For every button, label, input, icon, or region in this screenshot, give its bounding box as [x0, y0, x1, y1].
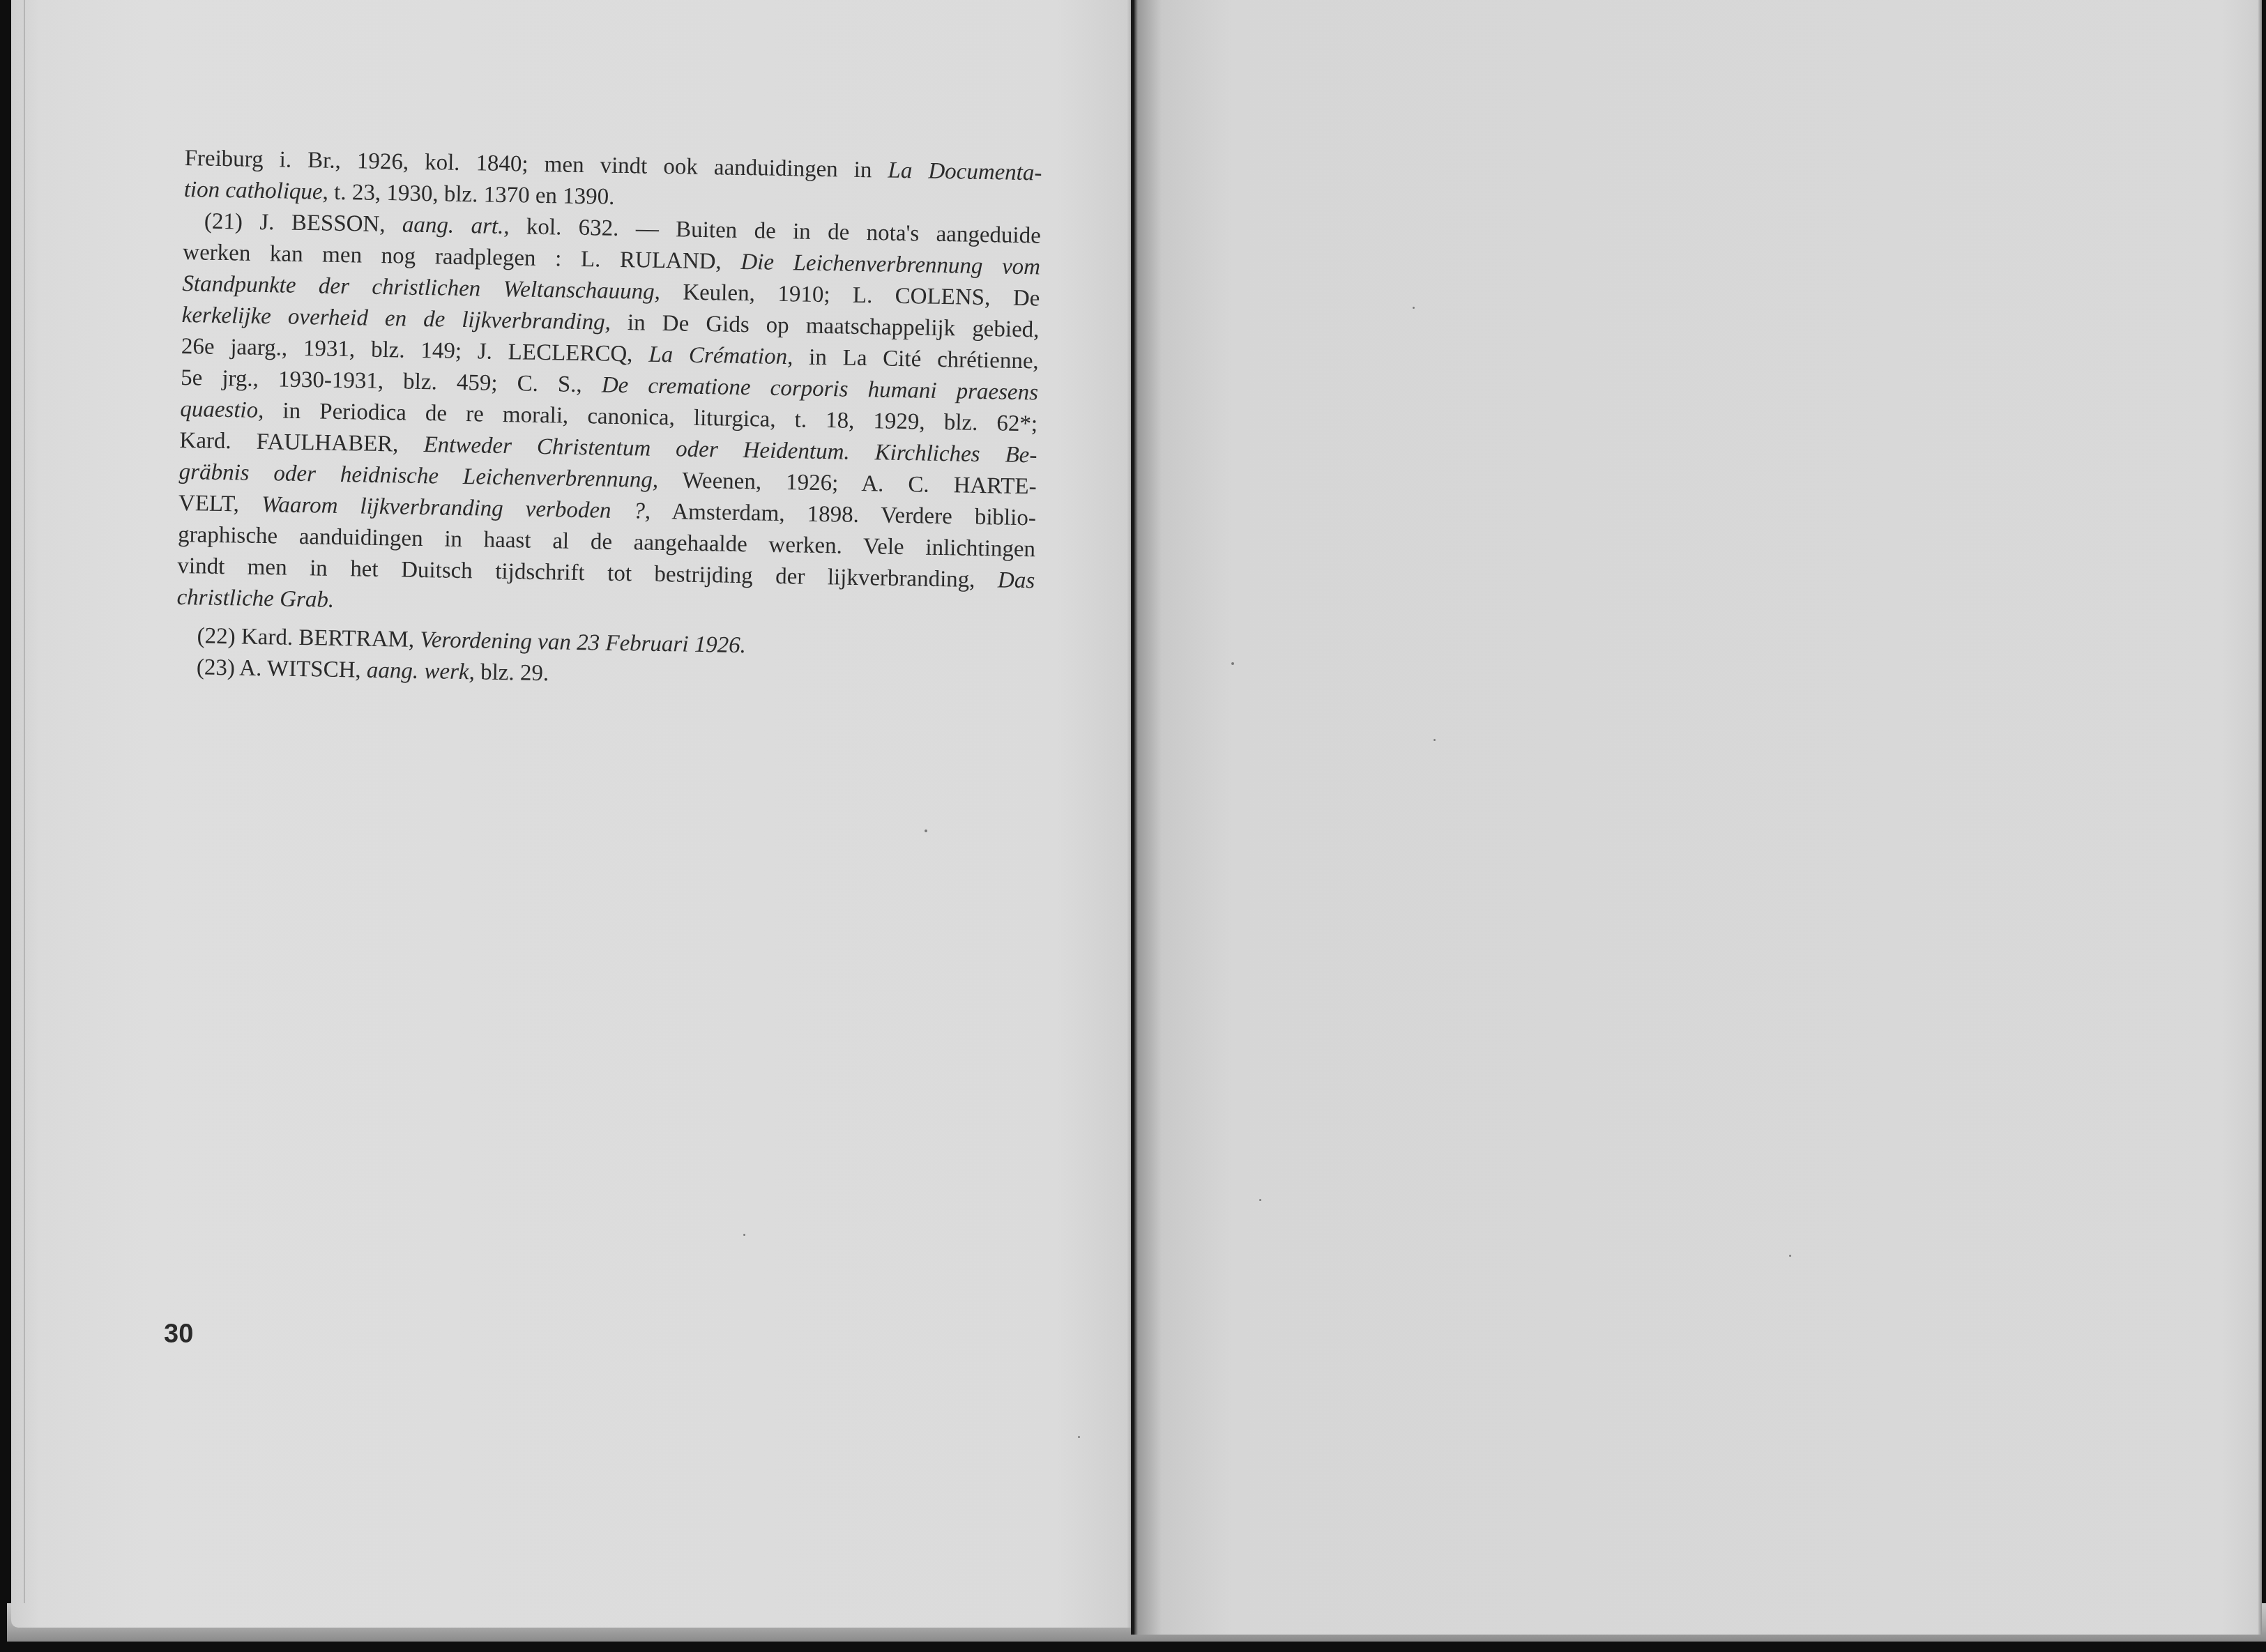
right-page	[1134, 0, 2262, 1635]
footnotes-block: Freiburg i. Br., 1926, kol. 1840; men vi…	[175, 143, 1042, 698]
paper-speck	[743, 1234, 745, 1236]
paper-speck	[1789, 1255, 1791, 1257]
paper-speck	[1413, 307, 1415, 309]
page-number: 30	[164, 1320, 193, 1349]
paper-speck	[925, 829, 927, 832]
book-spread: Freiburg i. Br., 1926, kol. 1840; men vi…	[0, 0, 2266, 1652]
paper-speck	[1231, 662, 1234, 665]
book-gutter	[1131, 0, 1134, 1635]
paper-speck	[1434, 739, 1436, 741]
paper-speck	[1078, 1436, 1080, 1438]
paper-speck	[1259, 1199, 1261, 1201]
